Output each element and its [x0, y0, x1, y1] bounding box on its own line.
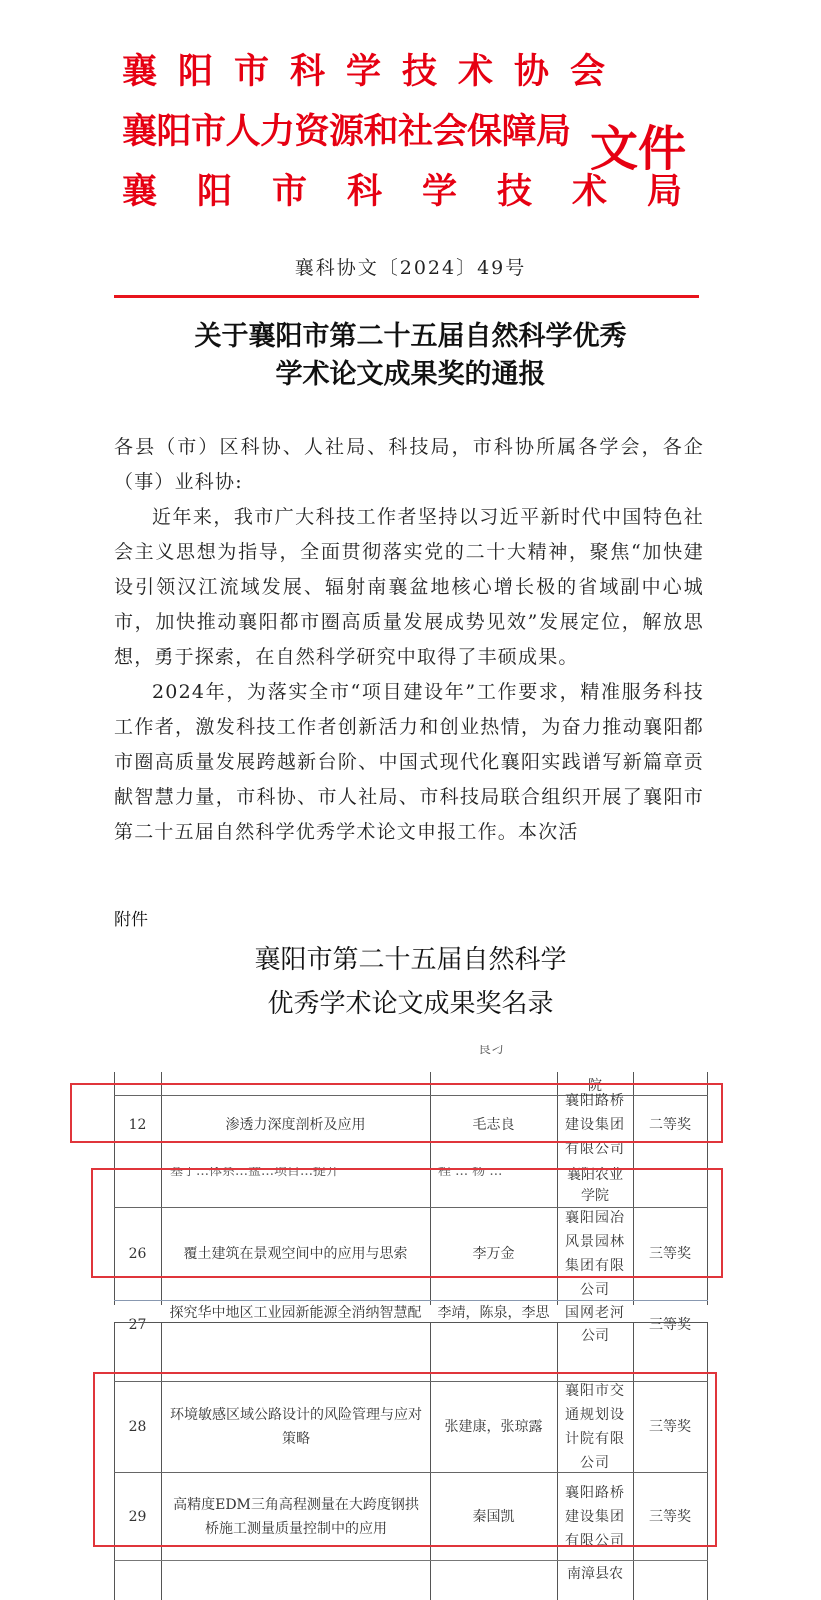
notice-title-line-1: 关于襄阳市第二十五届自然科学优秀	[0, 318, 821, 356]
letterhead-org-1: 襄阳市科学技术协会	[122, 50, 626, 94]
partial-org-text: 公司	[557, 1324, 633, 1348]
paragraph-2: 2024年，为落实全市“项目建设年”工作要求，精准服务科技工作者，激发科技工作者…	[114, 675, 704, 850]
attachment-label: 附件	[114, 905, 148, 930]
notice-title-line-2: 学术论文成果奖的通报	[0, 356, 821, 394]
highlight-box-row-12	[70, 1083, 723, 1143]
highlight-box-rows-28-29	[93, 1372, 717, 1547]
letterhead-org-2: 襄阳市人力资源和社会保障局	[122, 110, 571, 154]
paragraph-1: 近年来，我市广大科技工作者坚持以习近平新时代中国特色社会主义思想为指导，全面贯彻…	[114, 500, 704, 675]
letterhead-suffix: 文件	[590, 110, 686, 179]
red-divider	[114, 295, 699, 298]
partial-org-text: 南漳县农	[557, 1562, 633, 1586]
attachment-title-line-1: 襄阳市第二十五届自然科学	[0, 938, 821, 982]
attachment-title-line-2: 优秀学术论文成果奖名录	[0, 982, 821, 1026]
partial-author-text: 良刁	[478, 1045, 518, 1059]
highlight-box-row-26	[91, 1168, 723, 1278]
document-number: 襄科协文〔2024〕49号	[0, 253, 821, 280]
salutation: 各县（市）区科协、人社局、科技局，市科协所属各学会，各企（事）业科协:	[114, 430, 704, 500]
table-row: 27 探究华中地区工业园新能源全消纳智慧配 李靖，陈泉，李思 国网老河 三等奖	[0, 1301, 821, 1331]
